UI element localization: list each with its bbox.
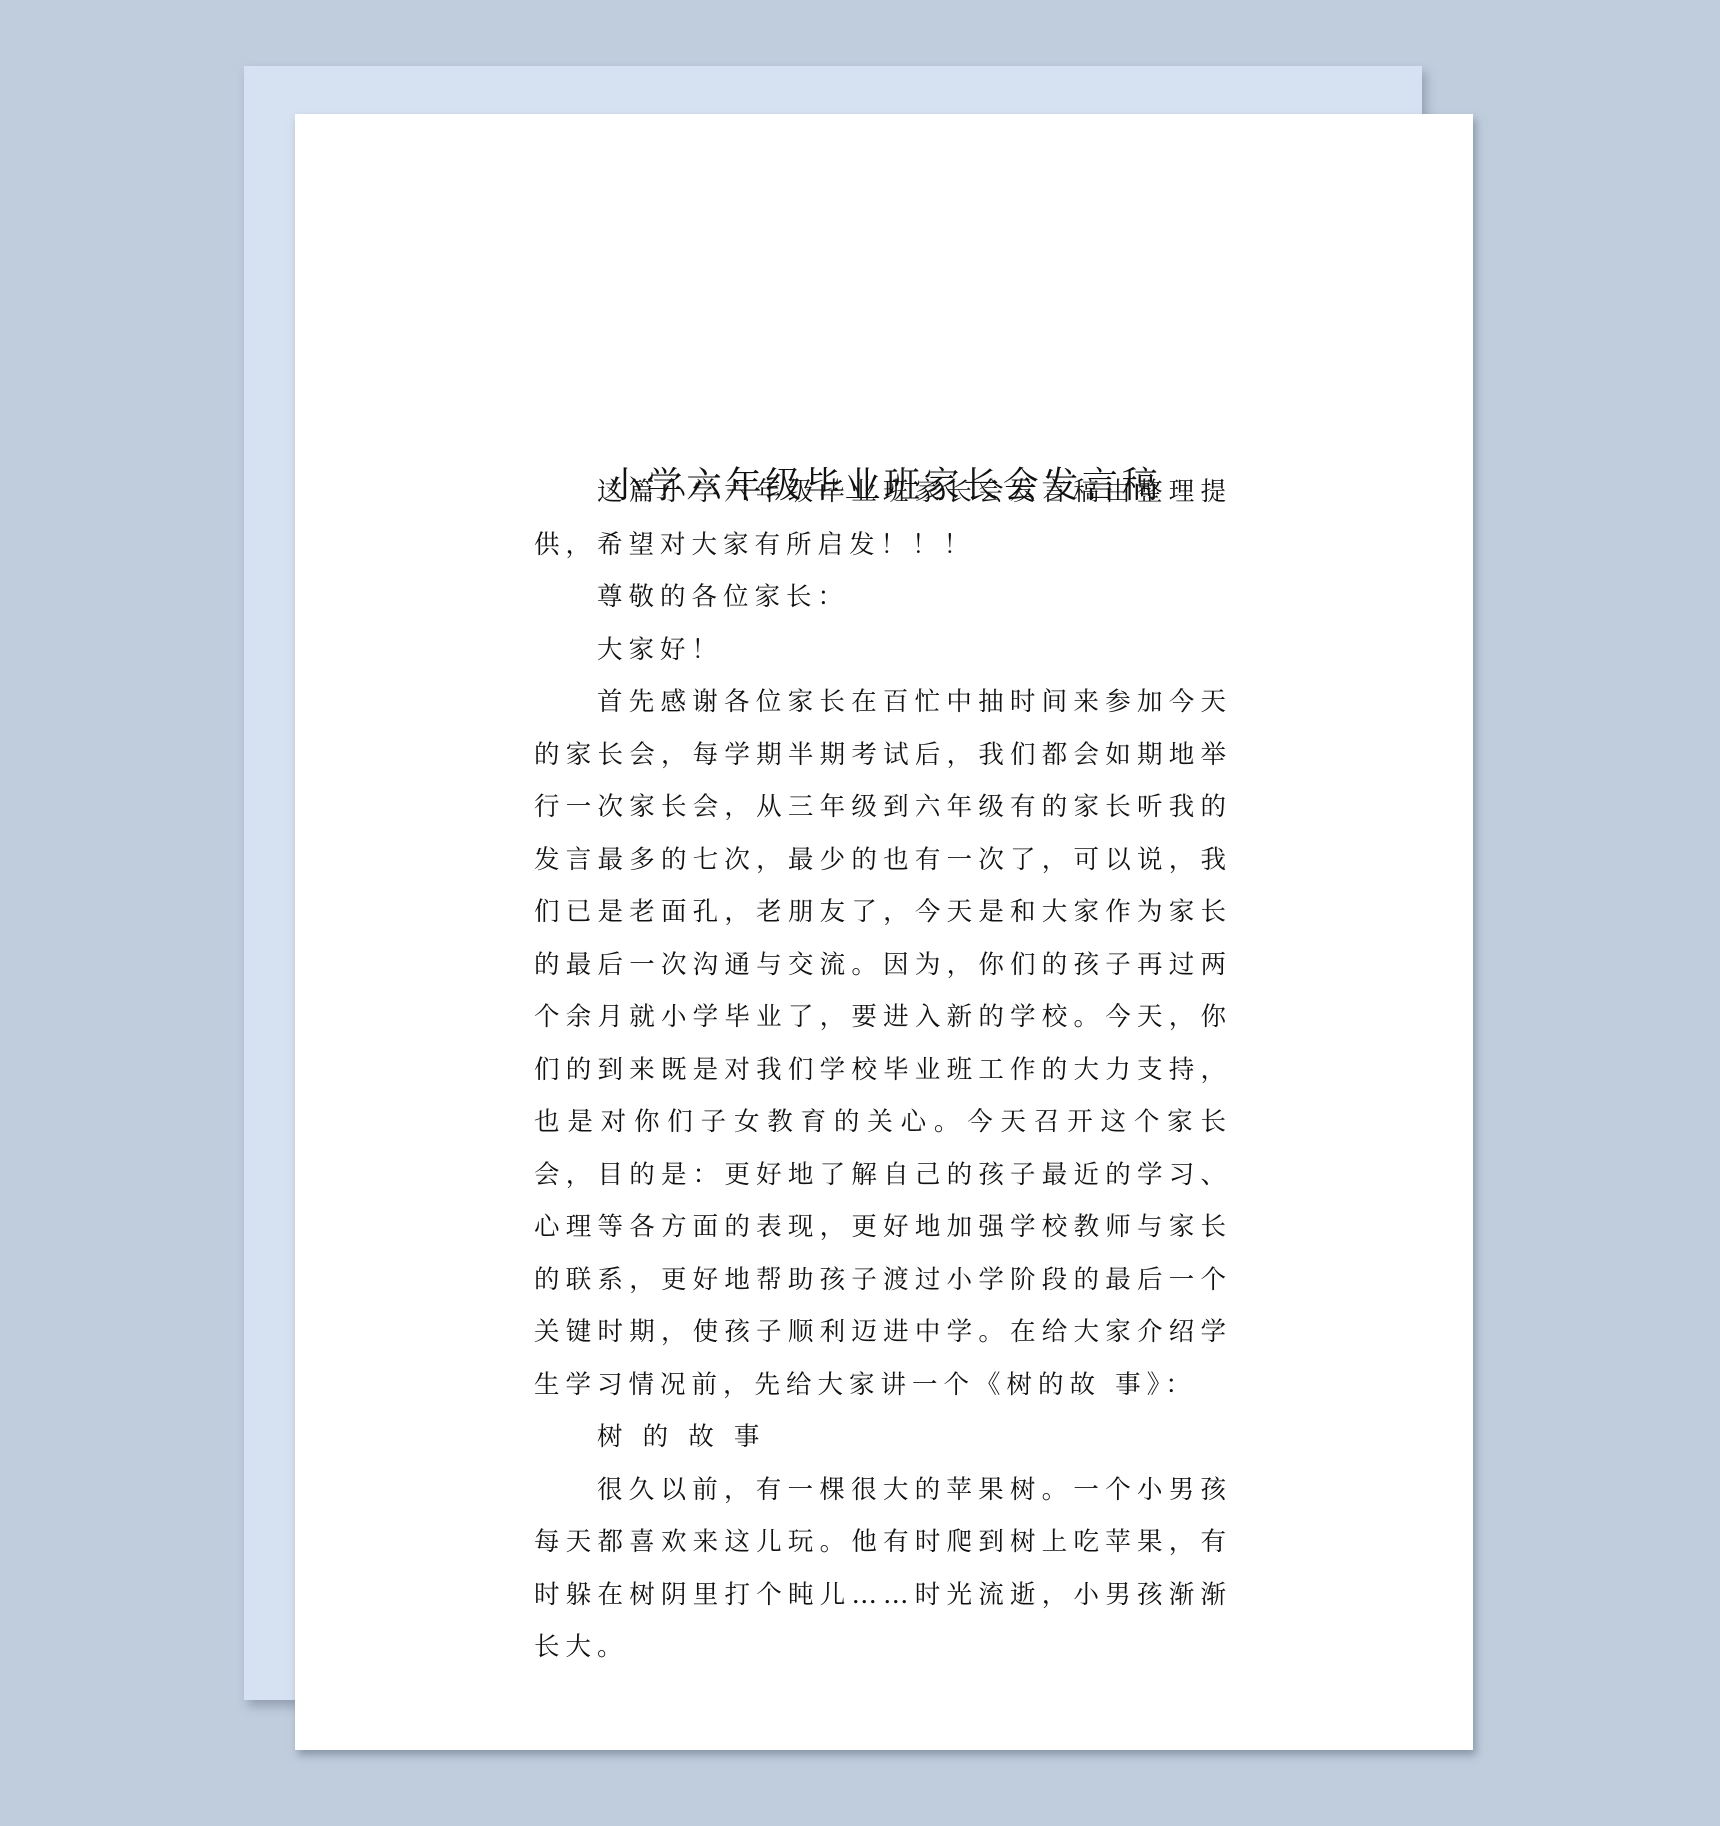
salutation: 尊敬的各位家长： [534, 571, 1232, 624]
greeting: 大家好！ [534, 624, 1232, 677]
main-paragraph: 首先感谢各位家长在百忙中抽时间来参加今天的家长会，每学期半期考试后，我们都会如期… [534, 676, 1232, 1411]
document-page: 小学六年级毕业班家长会发言稿 这篇小学六年级毕业班家长会发言稿由整理提供，希望对… [295, 114, 1473, 1750]
story-paragraph: 很久以前，有一棵很大的苹果树。一个小男孩每天都喜欢来这儿玩。他有时爬到树上吃苹果… [534, 1464, 1232, 1674]
document-body: 这篇小学六年级毕业班家长会发言稿由整理提供，希望对大家有所启发！！！ 尊敬的各位… [534, 466, 1232, 1674]
intro-paragraph: 这篇小学六年级毕业班家长会发言稿由整理提供，希望对大家有所启发！！！ [534, 466, 1232, 571]
story-heading: 树 的 故 事 [534, 1411, 1232, 1464]
